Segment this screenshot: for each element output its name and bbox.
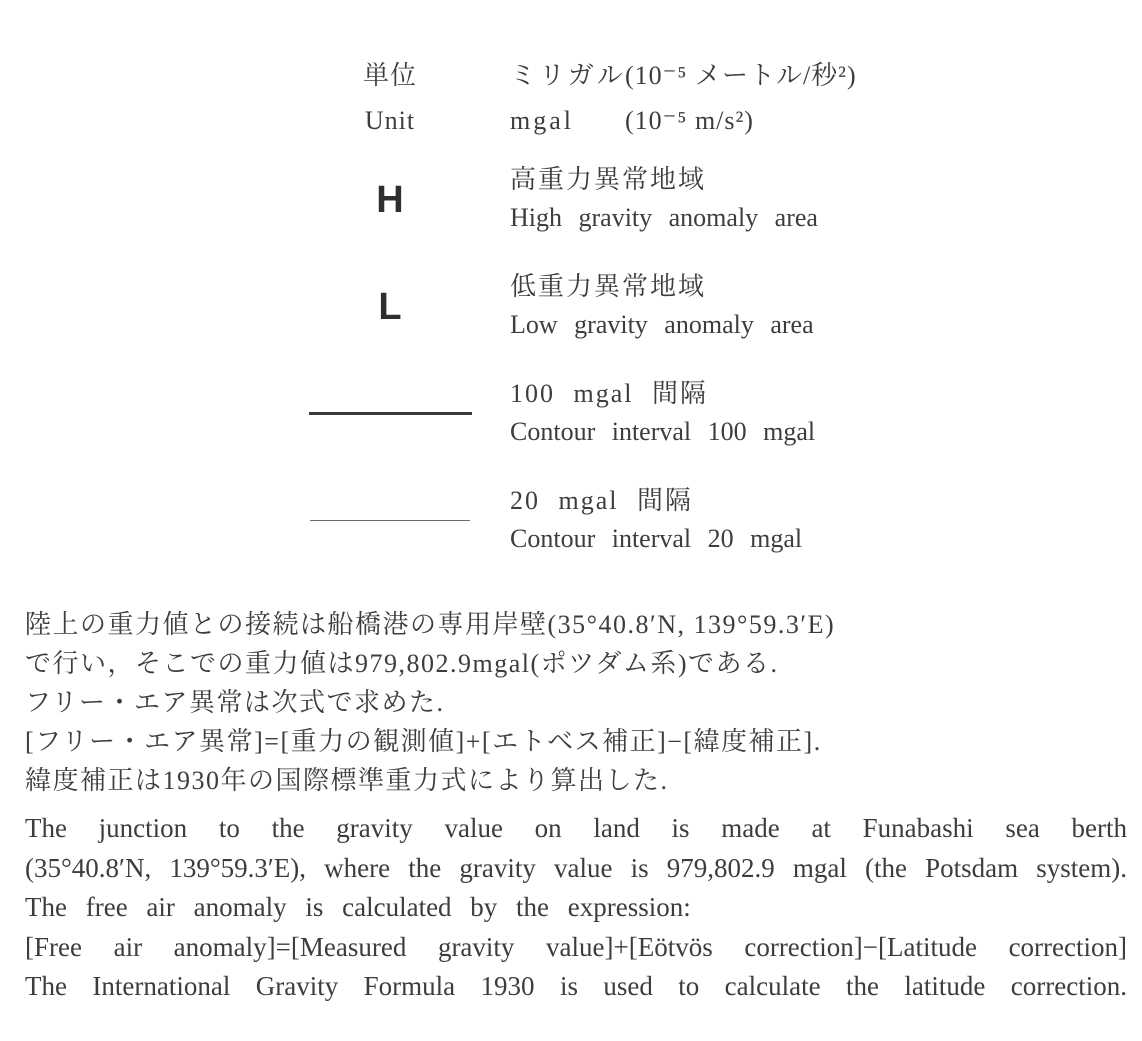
high-anomaly-desc-jp: 高重力異常地域: [510, 161, 818, 199]
note-jp-line-3: フリー・エア異常は次式で求めた.: [25, 683, 1127, 722]
note-jp-line-2: で行い，そこでの重力値は979,802.9mgal(ポツダム系)である.: [25, 644, 1127, 683]
high-anomaly-desc-en: High gravity anomaly area: [510, 199, 818, 237]
low-gravity-anomaly-letter: L: [378, 288, 401, 326]
unit-description-en: mgal(10⁻⁵ m/s²): [510, 98, 857, 143]
low-anomaly-desc-en: Low gravity anomaly area: [510, 306, 814, 344]
contour-100-desc-en: Contour interval 100 mgal: [510, 413, 815, 451]
note-en-line-5: The International Gravity Formula 1930 i…: [25, 967, 1127, 1007]
high-gravity-anomaly-letter: H: [376, 181, 403, 219]
legend-row-contour-100: 100 mgal 間隔 Contour interval 100 mgal: [0, 375, 1142, 451]
contour-interval-100-line: [309, 412, 472, 415]
unit-value-jp: ミリガル: [510, 53, 625, 98]
note-en-line-2: (35°40.8′N, 139°59.3′E), where the gravi…: [25, 849, 1127, 889]
unit-paren-jp: (10⁻⁵ メートル/秒²): [625, 61, 857, 90]
unit-label-jp: 単位: [363, 53, 417, 98]
note-en-line-3: The free air anomaly is calculated by th…: [25, 888, 1127, 928]
note-en-line-1: The junction to the gravity value on lan…: [25, 809, 1127, 849]
map-legend-page: 単位 Unit ミリガル(10⁻⁵ メートル/秒²) mgal(10⁻⁵ m/s…: [0, 0, 1142, 1041]
note-jp-line-4: [フリー・エア異常]=[重力の観測値]+[エトベス補正]−[緯度補正].: [25, 722, 1127, 761]
notes-english: The junction to the gravity value on lan…: [25, 809, 1127, 1007]
unit-label-en: Unit: [365, 98, 415, 143]
contour-20-desc-en: Contour interval 20 mgal: [510, 520, 802, 558]
contour-20-desc-jp: 20 mgal 間隔: [510, 482, 802, 520]
low-anomaly-desc-jp: 低重力異常地域: [510, 268, 814, 306]
legend-row-contour-20: 20 mgal 間隔 Contour interval 20 mgal: [0, 482, 1142, 558]
contour-100-desc-jp: 100 mgal 間隔: [510, 375, 815, 413]
legend-row-unit: 単位 Unit ミリガル(10⁻⁵ メートル/秒²) mgal(10⁻⁵ m/s…: [0, 53, 1142, 143]
legend: 単位 Unit ミリガル(10⁻⁵ メートル/秒²) mgal(10⁻⁵ m/s…: [0, 0, 1142, 558]
unit-value-en: mgal: [510, 98, 625, 143]
notes-japanese: 陸上の重力値との接続は船橋港の専用岸壁(35°40.8′N, 139°59.3′…: [25, 605, 1127, 800]
note-en-line-4: [Free air anomaly]=[Measured gravity val…: [25, 928, 1127, 968]
note-jp-line-5: 緯度補正は1930年の国際標準重力式により算出した.: [25, 761, 1127, 800]
unit-paren-en: (10⁻⁵ m/s²): [625, 106, 754, 135]
contour-interval-20-line: [310, 520, 470, 521]
unit-label: 単位 Unit: [300, 53, 480, 143]
legend-row-low-anomaly: L 低重力異常地域 Low gravity anomaly area: [0, 268, 1142, 344]
note-jp-line-1: 陸上の重力値との接続は船橋港の専用岸壁(35°40.8′N, 139°59.3′…: [25, 605, 1127, 644]
legend-row-high-anomaly: H 高重力異常地域 High gravity anomaly area: [0, 161, 1142, 237]
unit-description-jp: ミリガル(10⁻⁵ メートル/秒²): [510, 53, 857, 98]
unit-description: ミリガル(10⁻⁵ メートル/秒²) mgal(10⁻⁵ m/s²): [510, 53, 857, 143]
